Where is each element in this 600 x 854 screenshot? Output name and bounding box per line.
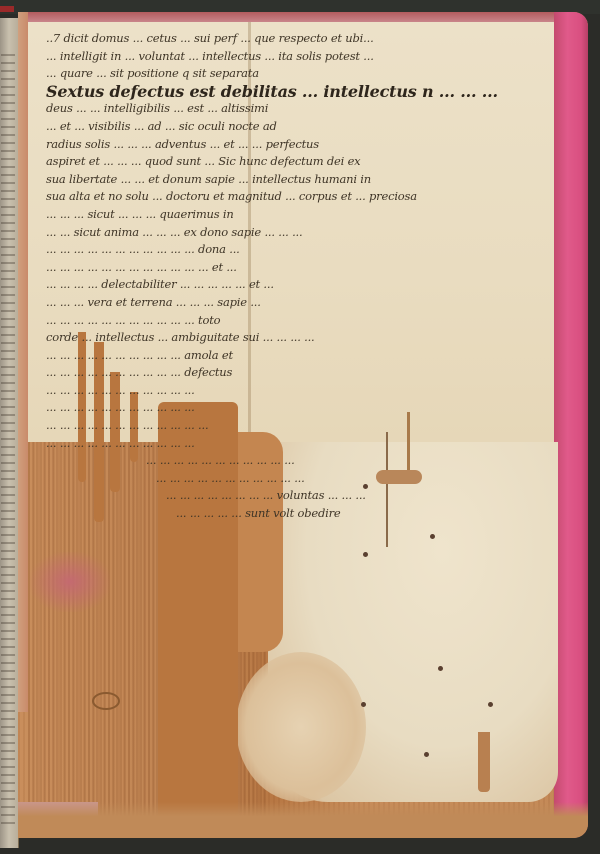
adjacent-page-text [1,48,15,828]
wormhole [363,552,368,557]
wormhole [424,752,429,757]
text-line: sua alta et no solu ... doctoru et magni… [46,188,546,206]
text-line: ... ... ... ... ... ... ... ... ... ... … [46,259,546,277]
text-line: ... ... ... ... ... ... ... ... ... ... … [46,312,546,330]
wormhole [361,702,366,707]
text-line: sua libertate ... ... et donum sapie ...… [46,171,546,189]
text-line: ... ... ... ... ... ... ... ... ... ... … [46,452,546,470]
wormhole [430,534,435,539]
text-line: ... ... ... ... ... ... ... ... voluntas… [46,487,546,505]
text-line: ... ... ... ... ... ... ... ... ... ... … [46,347,546,365]
text-line: ... ... ... ... ... ... ... ... ... ... … [46,435,546,453]
pink-fore-edge [554,12,588,838]
left-edge [18,12,28,712]
text-line: ... ... ... vera et terrena ... ... ... … [46,294,546,312]
text-line: corde ... intellectus ... ambiguitate su… [46,329,546,347]
text-line: ... ... ... ... ... ... ... ... ... ... … [46,399,546,417]
text-line: ... quare ... sit positione q sit separa… [46,65,546,83]
adjacent-page-edge [0,18,19,848]
text-line: deus ... ... intelligibilis ... est ... … [46,100,546,118]
text-line: aspiret et ... ... ... quod sunt ... Sic… [46,153,546,171]
damage-mark [478,732,490,792]
wormhole [488,702,493,707]
text-line: ... ... ... ... delectabiliter ... ... .… [46,276,546,294]
text-line: ... ... ... sicut ... ... ... quaerimus … [46,206,546,224]
manuscript-text: ..7 dicit domus ... cetus ... sui perf .… [46,30,546,523]
text-line: ... intelligit in ... voluntat ... intel… [46,48,546,66]
wormhole [438,666,443,671]
text-line: ... et ... visibilis ... ad ... sic ocul… [46,118,546,136]
red-marker [0,6,14,12]
book-board: ..7 dicit domus ... cetus ... sui perf .… [18,12,588,838]
text-line: ... ... ... ... ... ... ... ... ... ... … [46,241,546,259]
text-line: ... ... ... ... ... ... ... ... ... ... … [46,364,546,382]
text-line: ... ... ... ... ... ... ... ... ... ... … [46,417,546,435]
text-line-initial: Sextus defectus est debilitas ... intell… [46,83,546,101]
text-line: radius solis ... ... ... adventus ... et… [46,136,546,154]
text-line: ..7 dicit domus ... cetus ... sui perf .… [46,30,546,48]
text-line: ... ... ... ... ... sunt volt obedire [46,505,506,523]
lower-wood-band [18,802,588,838]
text-line: ... ... ... ... ... ... ... ... ... ... … [46,470,546,488]
text-line: ... ... ... ... ... ... ... ... ... ... … [46,382,546,400]
pink-top-edge [18,12,588,22]
text-line: ... ... sicut anima ... ... ... ex dono … [46,224,546,242]
parchment-blot [236,652,366,802]
